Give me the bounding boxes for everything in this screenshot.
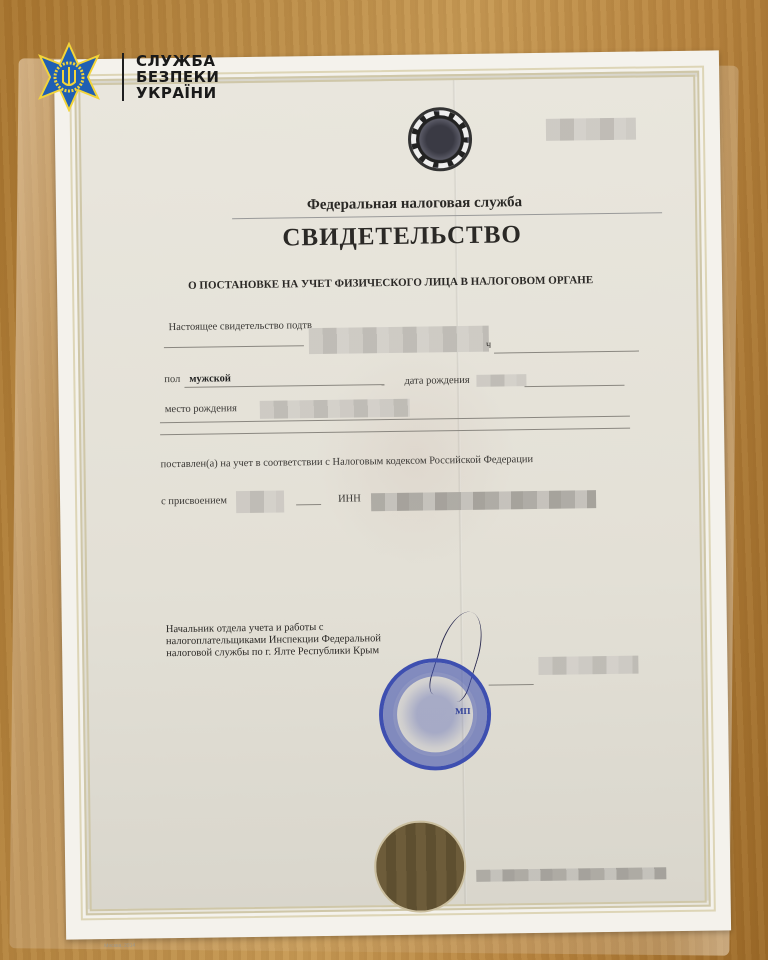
official-stamp: МП: [378, 658, 492, 772]
intro-label: Настоящее свидетельство подтв: [169, 320, 312, 333]
ornamental-border: Федеральная налоговая служба СВИДЕТЕЛЬСТ…: [74, 71, 711, 916]
assigned-dash: [296, 504, 321, 505]
title-divider: [232, 212, 662, 219]
stamp-mark: МП: [455, 706, 471, 716]
birth-place-label: место рождения: [165, 403, 237, 415]
logo-divider: [122, 53, 124, 101]
redacted-hologram-seal: [374, 820, 467, 913]
name-underline: [164, 345, 304, 348]
birth-date-underline: [524, 385, 624, 387]
signatory-title: Начальник отдела учета и работы с налого…: [166, 621, 406, 660]
redacted-inn-number: [371, 490, 596, 511]
redacted-series-number: [546, 118, 636, 141]
sbu-logo: СЛУЖБА БЕЗПЕКИ УКРАЇНИ: [26, 42, 219, 112]
signature-line: [489, 684, 534, 686]
logo-line-3: УКРАЇНИ: [136, 85, 219, 101]
redacted-birth-place: [260, 399, 410, 419]
birth-date-label: дата рождения: [404, 375, 469, 387]
redacted-signatory-name: [538, 656, 638, 675]
inn-label: ИНН: [338, 493, 361, 504]
redacted-full-name: [309, 326, 489, 355]
agency-name: Федеральная налоговая служба: [307, 194, 522, 214]
assigned-label: с присвоением: [161, 495, 227, 507]
document-subtitle: О ПОСТАНОВКЕ НА УЧЕТ ФИЗИЧЕСКОГО ЛИЦА В …: [188, 274, 593, 292]
name-underline-2: [494, 351, 639, 354]
sbu-shield-cross-icon: [26, 42, 112, 112]
logo-line-1: СЛУЖБА: [136, 53, 219, 69]
printer-footer: Москва, 2014: [104, 943, 135, 949]
name-suffix: ч: [486, 340, 491, 351]
sex-label: пол: [164, 374, 180, 385]
redacted-birth-date: [476, 374, 526, 387]
document-title: СВИДЕТЕЛЬСТВО: [282, 221, 522, 252]
sbu-logo-text: СЛУЖБА БЕЗПЕКИ УКРАЇНИ: [136, 53, 219, 101]
logo-line-2: БЕЗПЕКИ: [136, 69, 219, 85]
hologram-emblem-icon: [411, 110, 470, 169]
redacted-serial-number: [476, 867, 666, 882]
redacted-assignment-date: [236, 491, 284, 514]
sex-value: мужской: [189, 373, 231, 385]
certificate-paper: Федеральная налоговая служба СВИДЕТЕЛЬСТ…: [54, 50, 731, 939]
